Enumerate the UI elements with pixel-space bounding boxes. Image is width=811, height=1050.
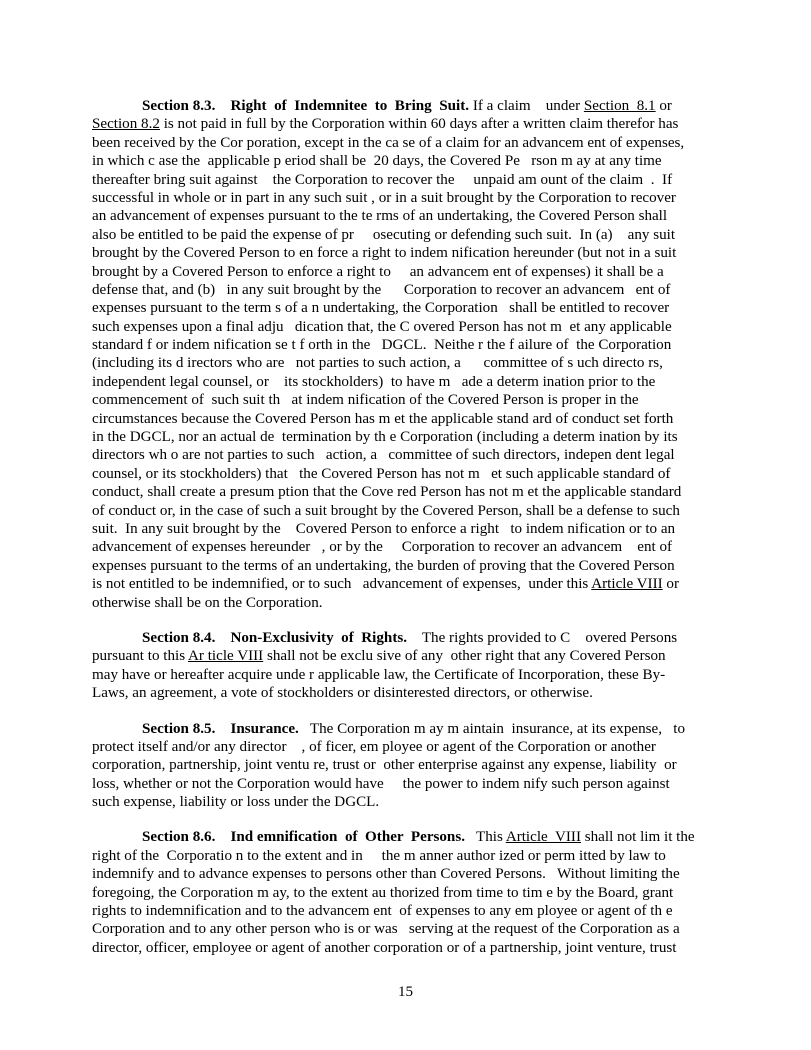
text-line: protect itself and/or any director , of …: [92, 738, 724, 756]
body-text: in which c ase the applicable p eriod sh…: [92, 153, 662, 169]
body-text: shall not be exclu sive of any other rig…: [263, 648, 665, 664]
body-text: brought by a Covered Person to enforce a…: [92, 264, 664, 280]
document-page: Section 8.3. Right of Indemnitee to Brin…: [0, 0, 811, 1050]
cross-reference: Section 8.2: [92, 116, 160, 132]
body-text: expenses pursuant to the term s of a n u…: [92, 300, 669, 316]
body-text: or: [663, 576, 679, 592]
body-text: corporation, partnership, joint ventu re…: [92, 757, 677, 773]
text-line: may have or hereafter acquire unde r app…: [92, 666, 724, 684]
text-line: conduct, shall create a presum ption tha…: [92, 483, 724, 501]
text-line: also be entitled to be paid the expense …: [92, 226, 724, 244]
text-line: corporation, partnership, joint ventu re…: [92, 756, 724, 774]
text-line: an advancement of expenses pursuant to t…: [92, 207, 724, 225]
body-text: brought by the Covered Person to en forc…: [92, 245, 676, 261]
text-line: Laws, an agreement, a vote of stockholde…: [92, 684, 724, 702]
body-text: in the DGCL, nor an actual de terminatio…: [92, 429, 678, 445]
text-line: rights to indemnification and to the adv…: [92, 902, 724, 920]
body-text: expenses pursuant to the terms of an und…: [92, 558, 675, 574]
text-line: Corporation and to any other person who …: [92, 920, 724, 938]
body-text: such expenses upon a final adju dication…: [92, 319, 672, 335]
body-text: is not paid in full by the Corporation w…: [160, 116, 679, 132]
body-text: such expense, liability or loss under th…: [92, 794, 379, 810]
body-text: foregoing, the Corporation m ay, to the …: [92, 885, 673, 901]
text-line: directors wh o are not parties to such a…: [92, 446, 724, 464]
body-text: [215, 721, 230, 737]
body-text: indemnify and to advance expenses to per…: [92, 866, 680, 882]
text-line: such expense, liability or loss under th…: [92, 793, 724, 811]
body-text: right of the Corporatio n to the extent …: [92, 848, 666, 864]
text-line: Section 8.4. Non-Exclusivity of Rights. …: [92, 629, 724, 647]
body-text: standard f or indem nification se t f or…: [92, 337, 671, 353]
cross-reference: Section 8.1: [584, 98, 656, 114]
body-text: shall not lim it the: [581, 829, 695, 845]
body-text: [215, 630, 230, 646]
body-text: thereafter bring suit against the Corpor…: [92, 172, 672, 188]
paragraph-section-8-4: Section 8.4. Non-Exclusivity of Rights. …: [92, 629, 724, 703]
text-line: brought by the Covered Person to en forc…: [92, 244, 724, 262]
text-line: counsel, or its stockholders) that the C…: [92, 465, 724, 483]
body-text: pursuant to this: [92, 648, 188, 664]
text-line: suit. In any suit brought by the Covered…: [92, 520, 724, 538]
text-line: loss, whether or not the Corporation wou…: [92, 775, 724, 793]
text-line: in the DGCL, nor an actual de terminatio…: [92, 428, 724, 446]
body-text: directors wh o are not parties to such a…: [92, 447, 675, 463]
text-line: right of the Corporatio n to the extent …: [92, 847, 724, 865]
body-text: otherwise shall be on the Corporation.: [92, 595, 323, 611]
text-line: Section 8.3. Right of Indemnitee to Brin…: [92, 97, 724, 115]
body-text: If a claim under: [469, 98, 584, 114]
body-text: suit. In any suit brought by the Covered…: [92, 521, 675, 537]
body-text: commencement of such suit th at indem ni…: [92, 392, 639, 408]
text-line: been received by the Cor poration, excep…: [92, 134, 724, 152]
text-line: (including its d irectors who are not pa…: [92, 354, 724, 372]
body-text: may have or hereafter acquire unde r app…: [92, 667, 665, 683]
body-text: conduct, shall create a presum ption tha…: [92, 484, 681, 500]
text-line: standard f or indem nification se t f or…: [92, 336, 724, 354]
text-line: defense that, and (b) in any suit brough…: [92, 281, 724, 299]
cross-reference: Article VIII: [506, 829, 581, 845]
body-text: Laws, an agreement, a vote of stockholde…: [92, 685, 593, 701]
body-text: advancement of expenses hereunder , or b…: [92, 539, 672, 555]
text-line: is not entitled to be indemnified, or to…: [92, 575, 724, 593]
section-heading-text: Right of Indemnitee to Bring Suit.: [230, 98, 469, 114]
page-number: 15: [0, 984, 811, 1001]
text-line: Section 8.6. Ind emnification of Other P…: [92, 828, 724, 846]
section-heading-text: Section 8.3.: [142, 98, 215, 114]
section-heading-text: Non-Exclusivity of Rights.: [230, 630, 407, 646]
text-line: otherwise shall be on the Corporation.: [92, 594, 724, 612]
body-text: protect itself and/or any director , of …: [92, 739, 656, 755]
body-text: of conduct or, in the case of such a sui…: [92, 503, 680, 519]
text-line: such expenses upon a final adju dication…: [92, 318, 724, 336]
cross-reference: Article VIII: [591, 576, 662, 592]
body-text: (including its d irectors who are not pa…: [92, 355, 663, 371]
text-line: of conduct or, in the case of such a sui…: [92, 502, 724, 520]
body-text: is not entitled to be indemnified, or to…: [92, 576, 591, 592]
text-line: director, officer, employee or agent of …: [92, 939, 724, 957]
body-text: an advancement of expenses pursuant to t…: [92, 208, 667, 224]
body-text: been received by the Cor poration, excep…: [92, 135, 684, 151]
text-line: circumstances because the Covered Person…: [92, 410, 724, 428]
text-line: Section 8.5. Insurance. The Corporation …: [92, 720, 724, 738]
text-line: expenses pursuant to the terms of an und…: [92, 557, 724, 575]
section-heading-text: Section 8.5.: [142, 721, 215, 737]
section-heading-text: Section 8.4.: [142, 630, 215, 646]
text-line: Section 8.2 is not paid in full by the C…: [92, 115, 724, 133]
text-body: Section 8.3. Right of Indemnitee to Brin…: [92, 97, 724, 957]
body-text: The Corporation m ay m aintain insurance…: [299, 721, 685, 737]
cross-reference: Ar ticle VIII: [188, 648, 263, 664]
body-text: The rights provided to C overed Persons: [407, 630, 677, 646]
text-line: expenses pursuant to the term s of a n u…: [92, 299, 724, 317]
text-line: thereafter bring suit against the Corpor…: [92, 171, 724, 189]
body-text: This: [465, 829, 506, 845]
body-text: circumstances because the Covered Person…: [92, 411, 673, 427]
text-line: indemnify and to advance expenses to per…: [92, 865, 724, 883]
body-text: Corporation and to any other person who …: [92, 921, 680, 937]
body-text: [215, 829, 230, 845]
body-text: defense that, and (b) in any suit brough…: [92, 282, 670, 298]
paragraph-section-8-5: Section 8.5. Insurance. The Corporation …: [92, 720, 724, 812]
body-text: also be entitled to be paid the expense …: [92, 227, 675, 243]
body-text: counsel, or its stockholders) that the C…: [92, 466, 670, 482]
text-line: pursuant to this Ar ticle VIII shall not…: [92, 647, 724, 665]
body-text: loss, whether or not the Corporation wou…: [92, 776, 670, 792]
body-text: independent legal counsel, or its stockh…: [92, 374, 655, 390]
body-text: successful in whole or in part in any su…: [92, 190, 676, 206]
text-line: brought by a Covered Person to enforce a…: [92, 263, 724, 281]
body-text: [215, 98, 230, 114]
text-line: successful in whole or in part in any su…: [92, 189, 724, 207]
section-heading-text: Section 8.6.: [142, 829, 215, 845]
text-line: commencement of such suit th at indem ni…: [92, 391, 724, 409]
body-text: rights to indemnification and to the adv…: [92, 903, 673, 919]
body-text: director, officer, employee or agent of …: [92, 940, 676, 956]
section-heading-text: Insurance.: [230, 721, 298, 737]
text-line: independent legal counsel, or its stockh…: [92, 373, 724, 391]
section-heading-text: Ind emnification of Other Persons.: [230, 829, 465, 845]
text-line: foregoing, the Corporation m ay, to the …: [92, 884, 724, 902]
text-line: advancement of expenses hereunder , or b…: [92, 538, 724, 556]
body-text: or: [656, 98, 672, 114]
paragraph-section-8-3: Section 8.3. Right of Indemnitee to Brin…: [92, 97, 724, 612]
paragraph-section-8-6: Section 8.6. Ind emnification of Other P…: [92, 828, 724, 957]
text-line: in which c ase the applicable p eriod sh…: [92, 152, 724, 170]
